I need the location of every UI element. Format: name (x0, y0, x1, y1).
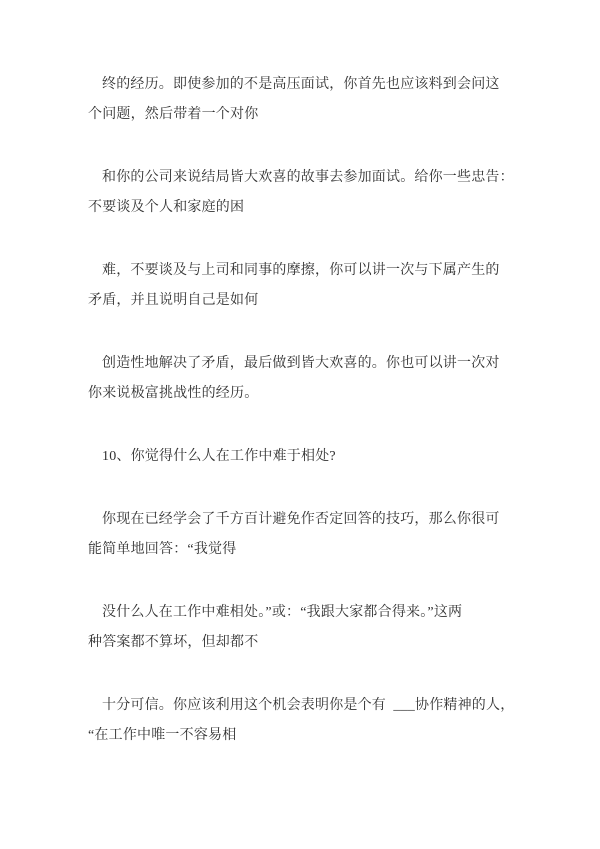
paragraph: 十分可信。你应该利用这个机会表明你是个有 ___协作精神的人， “在工作中唯一不… (88, 691, 512, 751)
paragraph: 创造性地解决了矛盾，最后做到皆大欢喜的。你也可以讲一次对 你来说极富挑战性的经历… (88, 349, 512, 409)
text-line: 个问题，然后带着一个对你 (88, 100, 512, 130)
paragraph: 终的经历。即使参加的不是高压面试，你首先也应该料到会问这 个问题，然后带着一个对… (88, 70, 512, 130)
text-line: 终的经历。即使参加的不是高压面试，你首先也应该料到会问这 (88, 70, 512, 100)
text-line: 10、你觉得什么人在工作中难于相处? (88, 442, 512, 472)
text-line: 和你的公司来说结局皆大欢喜的故事去参加面试。给你一些忠告： (88, 163, 512, 193)
text-line: 能简单地回答：“我觉得 (88, 535, 512, 565)
paragraph-question-heading: 10、你觉得什么人在工作中难于相处? (88, 442, 512, 472)
text-line: 种答案都不算坏，但却都不 (88, 628, 512, 658)
document-page: 终的经历。即使参加的不是高压面试，你首先也应该料到会问这 个问题，然后带着一个对… (0, 0, 600, 849)
text-line: 难，不要谈及与上司和同事的摩擦，你可以讲一次与下属产生的 (88, 256, 512, 286)
paragraph: 难，不要谈及与上司和同事的摩擦，你可以讲一次与下属产生的 矛盾，并且说明自己是如… (88, 256, 512, 316)
text-line: “在工作中唯一不容易相 (88, 721, 512, 751)
text-line: 不要谈及个人和家庭的困 (88, 193, 512, 223)
paragraph: 和你的公司来说结局皆大欢喜的故事去参加面试。给你一些忠告： 不要谈及个人和家庭的… (88, 163, 512, 223)
text-line: 没什么人在工作中难相处。”或：“我跟大家都合得来。”这两 (88, 598, 512, 628)
text-line: 创造性地解决了矛盾，最后做到皆大欢喜的。你也可以讲一次对 (88, 349, 512, 379)
text-line: 你来说极富挑战性的经历。 (88, 379, 512, 409)
text-line: 你现在已经学会了千方百计避免作否定回答的技巧，那么你很可 (88, 505, 512, 535)
text-line: 矛盾，并且说明自己是如何 (88, 286, 512, 316)
text-line: 十分可信。你应该利用这个机会表明你是个有 ___协作精神的人， (88, 691, 512, 721)
paragraph: 你现在已经学会了千方百计避免作否定回答的技巧，那么你很可 能简单地回答：“我觉得 (88, 505, 512, 565)
paragraph: 没什么人在工作中难相处。”或：“我跟大家都合得来。”这两 种答案都不算坏，但却都… (88, 598, 512, 658)
